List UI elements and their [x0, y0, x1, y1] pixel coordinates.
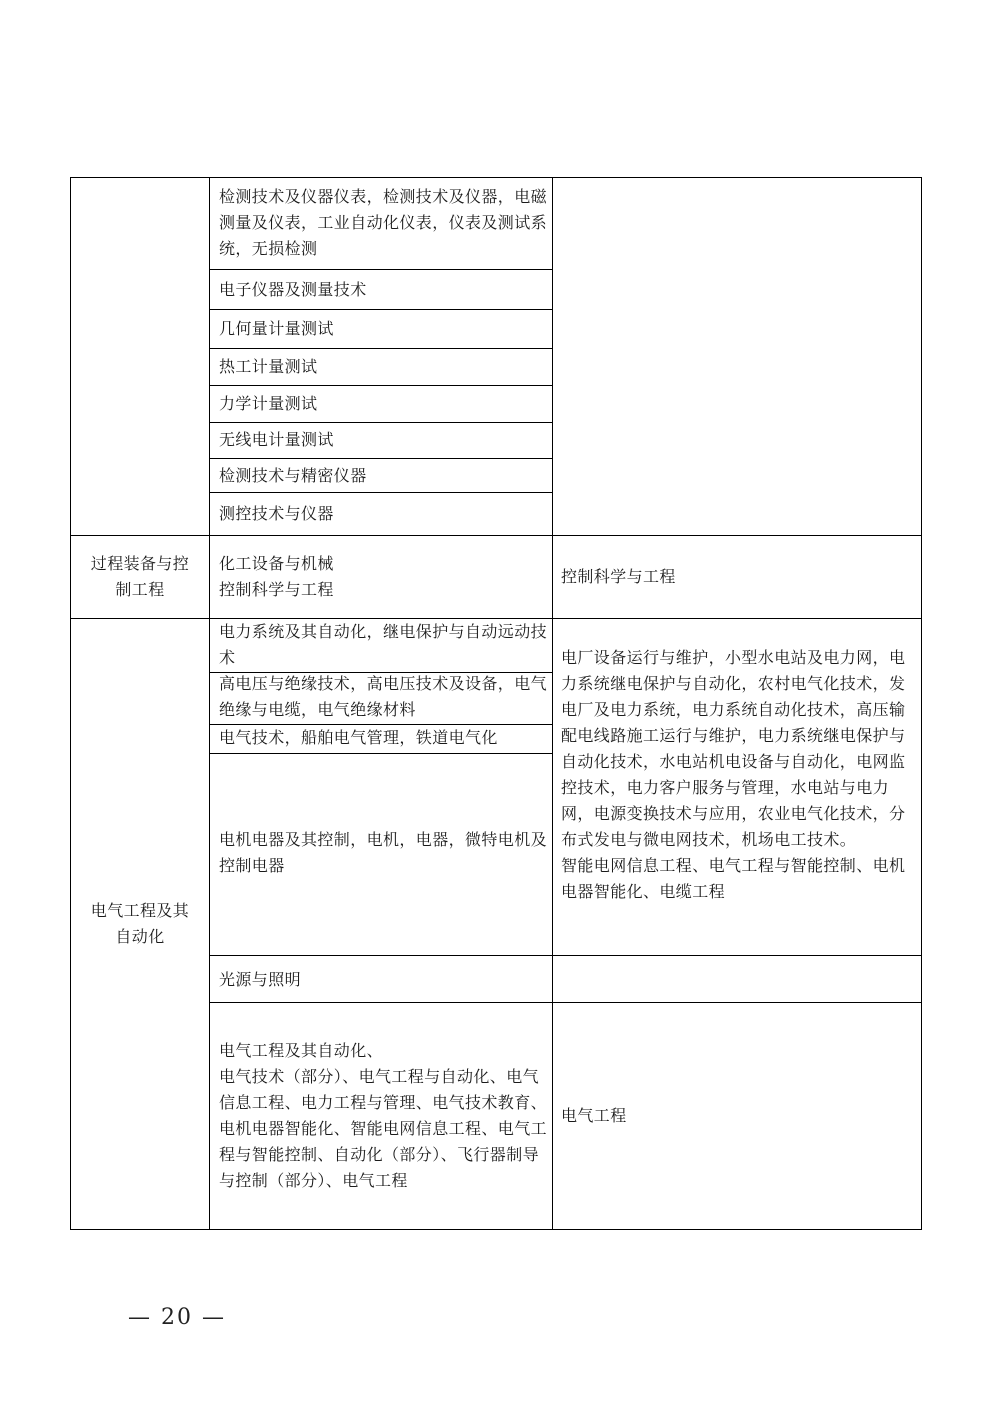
major-table: 检测技术及仪器仪表，检测技术及仪器，电磁测量及仪表，工业自动化仪表，仪表及测试系… [70, 177, 922, 1230]
category-cell: 过程装备与控制工程 [90, 551, 190, 603]
related-cell: 电气工程 [561, 1103, 915, 1129]
major-cell: 几何量计量测试 [219, 316, 547, 342]
major-cell: 力学计量测试 [219, 391, 547, 417]
major-cell: 高电压与绝缘技术，高电压技术及设备，电气绝缘与电缆，电气绝缘材料 [219, 671, 547, 723]
major-cell: 电机电器及其控制，电机，电器，微特电机及控制电器 [219, 827, 547, 879]
category-cell: 电气工程及其自动化 [84, 898, 196, 950]
major-cell: 测控技术与仪器 [219, 501, 547, 527]
major-cell: 化工设备与机械 控制科学与工程 [219, 551, 547, 603]
major-cell: 检测技术与精密仪器 [219, 463, 547, 489]
related-cell: 控制科学与工程 [561, 564, 915, 590]
related-cell: 电厂设备运行与维护，小型水电站及电力网，电力系统继电保护与自动化，农村电气化技术… [561, 645, 915, 905]
major-cell: 光源与照明 [219, 967, 547, 993]
major-cell: 检测技术及仪器仪表，检测技术及仪器，电磁测量及仪表，工业自动化仪表，仪表及测试系… [219, 184, 547, 262]
page-number: — 20 — [128, 1305, 226, 1330]
major-cell: 电力系统及其自动化，继电保护与自动远动技术 [219, 619, 547, 671]
major-cell: 电气工程及其自动化、 电气技术（部分）、电气工程与自动化、电气信息工程、电力工程… [219, 1038, 547, 1194]
major-cell: 热工计量测试 [219, 354, 547, 380]
major-cell: 无线电计量测试 [219, 427, 547, 453]
major-cell: 电子仪器及测量技术 [219, 277, 547, 303]
major-cell: 电气技术，船舶电气管理，铁道电气化 [219, 725, 547, 751]
